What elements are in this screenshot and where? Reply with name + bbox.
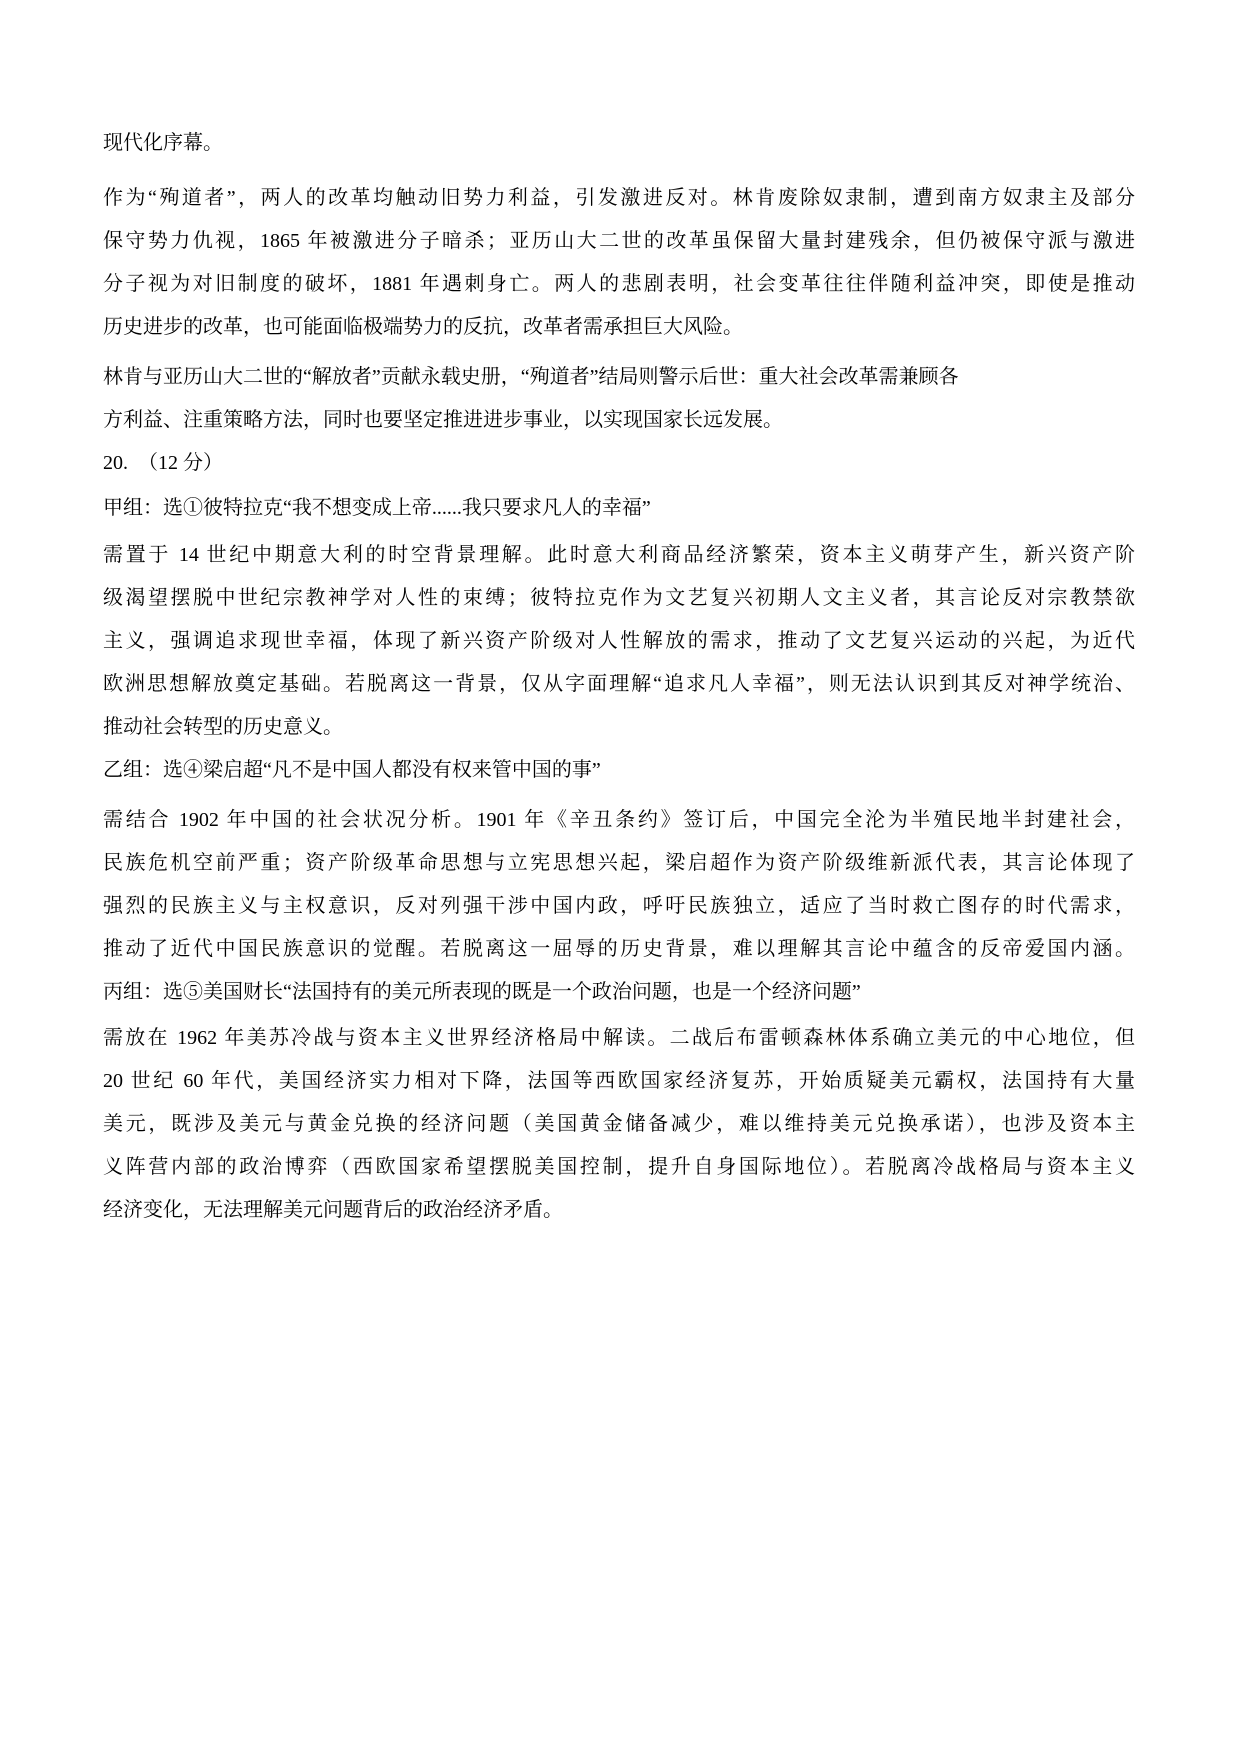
- text-line: 20. （12 分）: [103, 442, 1135, 485]
- group-jia-analysis: 需置于 14 世纪中期意大利的时空背景理解。此时意大利商品经济繁荣，资本主义萌芽…: [103, 534, 1135, 749]
- text-line: 乙组：选④梁启超“凡不是中国人都没有权来管中国的事”: [103, 749, 1135, 792]
- text-line: 义阵营内部的政治博弈（西欧国家希望摆脱美国控制，提升自身国际地位）。若脱离冷战格…: [103, 1146, 1135, 1189]
- document-page: 现代化序幕。作为“殉道者”，两人的改革均触动旧势力利益，引发激进反对。林肯废除奴…: [0, 0, 1240, 1753]
- conclusion-paragraph: 林肯与亚历山大二世的“解放者”贡献永载史册，“殉道者”结局则警示后世：重大社会改…: [103, 356, 1135, 442]
- text-line: 级渴望摆脱中世纪宗教神学对人性的束缚；彼特拉克作为文艺复兴初期人文主义者，其言论…: [103, 577, 1135, 620]
- text-line: 欧洲思想解放奠定基础。若脱离这一背景，仅从字面理解“追求凡人幸福”，则无法认识到…: [103, 663, 1135, 706]
- text-line: 需结合 1902 年中国的社会状况分析。1901 年《辛丑条约》签订后，中国完全…: [103, 799, 1135, 842]
- group-bing-analysis: 需放在 1962 年美苏冷战与资本主义世界经济格局中解读。二战后布雷顿森林体系确…: [103, 1017, 1135, 1232]
- text-line: 现代化序幕。: [103, 122, 1135, 165]
- text-line: 经济变化，无法理解美元问题背后的政治经济矛盾。: [103, 1189, 1135, 1232]
- text-line: 推动了近代中国民族意识的觉醒。若脱离这一屈辱的历史背景，难以理解其言论中蕴含的反…: [103, 928, 1135, 971]
- text-line: 作为“殉道者”，两人的改革均触动旧势力利益，引发激进反对。林肯废除奴隶制，遭到南…: [103, 177, 1135, 220]
- group-bing-header: 丙组：选⑤美国财长“法国持有的美元所表现的既是一个政治问题，也是一个经济问题”: [103, 971, 1135, 1014]
- text-line: 20 世纪 60 年代，美国经济实力相对下降，法国等西欧国家经济复苏，开始质疑美…: [103, 1060, 1135, 1103]
- text-line: 分子视为对旧制度的破坏，1881 年遇刺身亡。两人的悲剧表明，社会变革往往伴随利…: [103, 263, 1135, 306]
- text-line: 需放在 1962 年美苏冷战与资本主义世界经济格局中解读。二战后布雷顿森林体系确…: [103, 1017, 1135, 1060]
- martyr-analysis-paragraph: 作为“殉道者”，两人的改革均触动旧势力利益，引发激进反对。林肯废除奴隶制，遭到南…: [103, 177, 1135, 349]
- group-yi-analysis: 需结合 1902 年中国的社会状况分析。1901 年《辛丑条约》签订后，中国完全…: [103, 799, 1135, 971]
- text-line: 主义，强调追求现世幸福，体现了新兴资产阶级对人性解放的需求，推动了文艺复兴运动的…: [103, 620, 1135, 663]
- text-line: 林肯与亚历山大二世的“解放者”贡献永载史册，“殉道者”结局则警示后世：重大社会改…: [103, 356, 1135, 399]
- text-line: 民族危机空前严重；资产阶级革命思想与立宪思想兴起，梁启超作为资产阶级维新派代表，…: [103, 842, 1135, 885]
- intro-tail-line: 现代化序幕。: [103, 122, 1135, 165]
- text-line: 推动社会转型的历史意义。: [103, 706, 1135, 749]
- text-line: 方利益、注重策略方法，同时也要坚定推进进步事业，以实现国家长远发展。: [103, 399, 1135, 442]
- text-line: 丙组：选⑤美国财长“法国持有的美元所表现的既是一个政治问题，也是一个经济问题”: [103, 971, 1135, 1014]
- text-line: 甲组：选①彼特拉克“我不想变成上帝......我只要求凡人的幸福”: [103, 487, 1135, 530]
- group-jia-header: 甲组：选①彼特拉克“我不想变成上帝......我只要求凡人的幸福”: [103, 487, 1135, 530]
- text-line: 保守势力仇视，1865 年被激进分子暗杀；亚历山大二世的改革虽保留大量封建残余，…: [103, 220, 1135, 263]
- text-line: 需置于 14 世纪中期意大利的时空背景理解。此时意大利商品经济繁荣，资本主义萌芽…: [103, 534, 1135, 577]
- text-line: 历史进步的改革，也可能面临极端势力的反抗，改革者需承担巨大风险。: [103, 306, 1135, 349]
- text-line: 强烈的民族主义与主权意识，反对列强干涉中国内政，呼吁民族独立，适应了当时救亡图存…: [103, 885, 1135, 928]
- document-content: 现代化序幕。作为“殉道者”，两人的改革均触动旧势力利益，引发激进反对。林肯废除奴…: [103, 122, 1135, 1232]
- group-yi-header: 乙组：选④梁启超“凡不是中国人都没有权来管中国的事”: [103, 749, 1135, 792]
- text-line: 美元，既涉及美元与黄金兑换的经济问题（美国黄金储备减少，难以维持美元兑换承诺），…: [103, 1103, 1135, 1146]
- question-20-header: 20. （12 分）: [103, 442, 1135, 485]
